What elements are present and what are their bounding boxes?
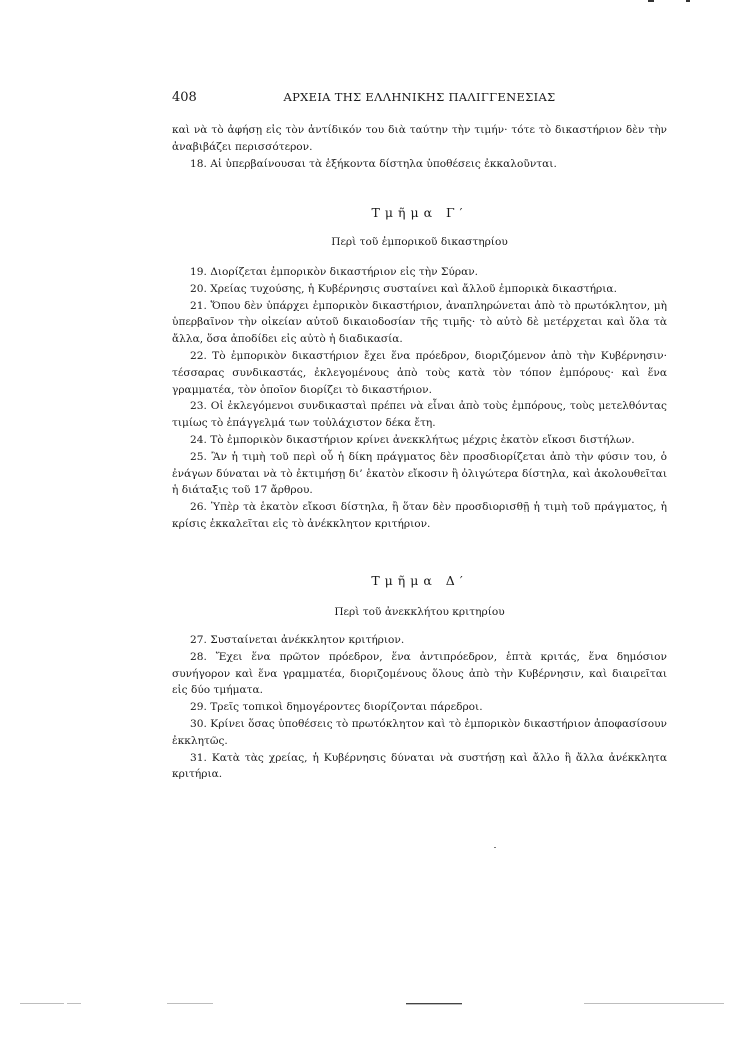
article-23: 23. Οἱ ἐκλεγόμενοι συνδικασταὶ πρέπει νὰ… <box>172 398 667 432</box>
scan-artifact-rule <box>584 1003 724 1004</box>
section-title: Τμῆμα Γ′ <box>172 205 667 220</box>
section-gamma-articles: 19. Διορίζεται ἐμπορικὸν δικαστήριον εἰς… <box>172 264 667 533</box>
running-title: ΑΡΧΕΙΑ ΤΗΣ ΕΛΛΗΝΙΚΗΣ ΠΑΛΙΓΓΕΝΕΣΙΑΣ <box>172 90 667 104</box>
article-number: 29. <box>190 701 207 713</box>
article-text: Ἂν ἡ τιμὴ τοῦ περὶ οὗ ἡ δίκη πράγματος δ… <box>172 451 667 497</box>
article-number: 22. <box>190 350 207 362</box>
article-31: 31. Κατὰ τὰς χρείας, ἡ Κυβέρνησις δύνατα… <box>172 750 667 784</box>
article-text: Τὸ ἐμπορικὸν δικαστήριον κρίνει ἀνεκκλήτ… <box>210 434 634 446</box>
article-number: 21. <box>190 300 207 312</box>
article-20: 20. Χρείας τυχούσης, ἡ Κυβέρνησις συσταί… <box>172 281 667 298</box>
article-text: Οἱ ἐκλεγόμενοι συνδικασταὶ πρέπει νὰ εἶν… <box>172 400 667 429</box>
scan-artifact-rule <box>406 1004 462 1005</box>
scan-speck <box>494 847 496 848</box>
article-22: 22. Τὸ ἐμπορικὸν δικαστήριον ἔχει ἕνα πρ… <box>172 348 667 398</box>
scan-artifact-rule <box>67 1003 81 1004</box>
article-30: 30. Κρίνει ὅσας ὑποθέσεις τὸ πρωτόκλητον… <box>172 716 667 750</box>
article-text: Διορίζεται ἐμπορικὸν δικαστήριον εἰς τὴν… <box>210 266 478 278</box>
article-number: 20. <box>190 283 207 295</box>
article-19: 19. Διορίζεται ἐμπορικὸν δικαστήριον εἰς… <box>172 264 667 281</box>
article-text: Κατὰ τὰς χρείας, ἡ Κυβέρνησις δύναται νὰ… <box>172 752 667 781</box>
page-header: 408 ΑΡΧΕΙΑ ΤΗΣ ΕΛΛΗΝΙΚΗΣ ΠΑΛΙΓΓΕΝΕΣΙΑΣ <box>172 90 667 110</box>
article-24: 24. Τὸ ἐμπορικὸν δικαστήριον κρίνει ἀνεκ… <box>172 432 667 449</box>
article-text: Κρίνει ὅσας ὑποθέσεις τὸ πρωτόκλητον καὶ… <box>172 718 667 747</box>
article-number: 23. <box>190 400 207 412</box>
article-number: 25. <box>190 451 207 463</box>
article-21: 21. Ὅπου δὲν ὑπάρχει ἐμπορικὸν δικαστήρι… <box>172 298 667 348</box>
article-number: 19. <box>190 266 207 278</box>
scan-artifact-rule <box>167 1003 213 1004</box>
article-text: Αἱ ὑπερβαίνουσαι τὰ ἑξήκοντα δίστηλα ὑπο… <box>210 158 557 170</box>
article-text: Τὸ ἐμπορικὸν δικαστήριον ἔχει ἕνα πρόεδρ… <box>172 350 667 396</box>
article-number: 18. <box>190 158 207 170</box>
article-28: 28. Ἔχει ἕνα πρῶτον πρόεδρον, ἕνα ἀντιπρ… <box>172 649 667 699</box>
article-number: 28. <box>190 651 207 663</box>
article-text: Ὑπὲρ τὰ ἑκατὸν εἴκοσι δίστηλα, ἢ ὅταν δὲ… <box>172 501 667 530</box>
article-text: Συσταίνεται ἀνέκκλητον κριτήριον. <box>210 634 404 646</box>
section-subtitle: Περὶ τοῦ ἐμπορικοῦ δικαστηρίου <box>172 236 667 248</box>
continuation-paragraph: καὶ νὰ τὸ ἀφήσῃ εἰς τὸν ἀντίδικόν του δι… <box>172 122 667 156</box>
section-delta-articles: 27. Συσταίνεται ἀνέκκλητον κριτήριον. 28… <box>172 632 667 783</box>
section-title: Τμῆμα Δ′ <box>172 573 667 588</box>
section-subtitle: Περὶ τοῦ ἀνεκκλήτου κριτηρίου <box>172 606 667 618</box>
article-number: 24. <box>190 434 207 446</box>
article-18: 18. Αἱ ὑπερβαίνουσαι τὰ ἑξήκοντα δίστηλα… <box>172 156 667 173</box>
article-number: 30. <box>190 718 207 730</box>
article-number: 31. <box>190 752 207 764</box>
text-block-top: καὶ νὰ τὸ ἀφήσῃ εἰς τὸν ἀντίδικόν του δι… <box>172 122 667 172</box>
article-number: 26. <box>190 501 207 513</box>
article-27: 27. Συσταίνεται ἀνέκκλητον κριτήριον. <box>172 632 667 649</box>
article-26: 26. Ὑπὲρ τὰ ἑκατὸν εἴκοσι δίστηλα, ἢ ὅτα… <box>172 499 667 533</box>
article-text: Ὅπου δὲν ὑπάρχει ἐμπορικὸν δικαστήριον, … <box>172 300 667 346</box>
article-25: 25. Ἂν ἡ τιμὴ τοῦ περὶ οὗ ἡ δίκη πράγματ… <box>172 449 667 499</box>
scan-artifact-marks <box>648 0 708 4</box>
article-text: Χρείας τυχούσης, ἡ Κυβέρνησις συσταίνει … <box>210 283 617 295</box>
scan-artifact-rule <box>20 1003 64 1004</box>
article-text: Τρεῖς τοπικοὶ δημογέροντες διορίζονται π… <box>210 701 482 713</box>
article-number: 27. <box>190 634 207 646</box>
article-29: 29. Τρεῖς τοπικοὶ δημογέροντες διορίζοντ… <box>172 699 667 716</box>
article-text: Ἔχει ἕνα πρῶτον πρόεδρον, ἕνα ἀντιπρόεδρ… <box>172 651 667 697</box>
